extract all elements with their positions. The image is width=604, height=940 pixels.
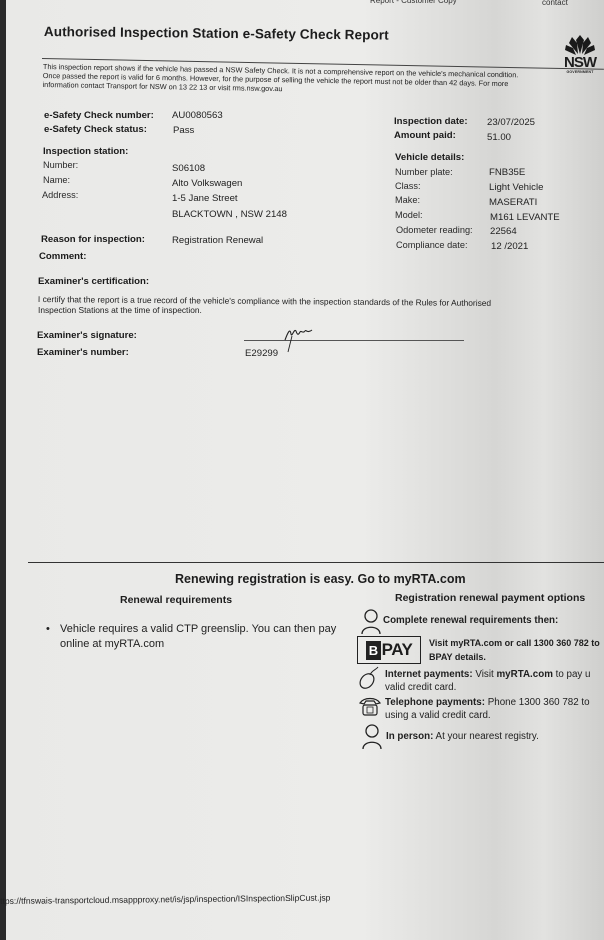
person-icon <box>360 609 382 635</box>
vehicle-heading: Vehicle details: <box>395 152 464 163</box>
examiner-signature <box>282 322 318 356</box>
station-address-line1: 1-5 Jane Street <box>172 193 238 204</box>
station-number-value: S06108 <box>172 163 205 174</box>
requirement-text: Vehicle requires a valid CTP greenslip. … <box>60 622 346 651</box>
page-url: ttps://tfnswais-transportcloud.msappprox… <box>0 893 330 906</box>
telephone-icon <box>358 695 382 717</box>
internet-text-b: to pay u <box>556 669 591 680</box>
top-strip-right: contact <box>542 0 568 7</box>
check-status-value: Pass <box>173 125 194 136</box>
certification-text-line2: Inspection Stations at the time of inspe… <box>38 305 202 315</box>
odometer-value: 22564 <box>490 226 517 237</box>
station-name-value: Alto Volkswagen <box>172 178 242 189</box>
waratah-flower-icon <box>563 34 597 56</box>
internet-text-a: Visit <box>475 669 493 680</box>
telephone-payments: Telephone payments: Phone 1300 360 782 t… <box>385 697 590 710</box>
bpay-logo-text: PAY <box>382 640 413 660</box>
comment-label: Comment: <box>39 251 86 262</box>
in-person-label: In person: <box>386 731 433 742</box>
check-number-label: e-Safety Check number: <box>44 110 154 121</box>
bullet-icon: • <box>46 622 50 637</box>
telephone-payments-label: Telephone payments: <box>385 697 485 708</box>
inspection-date-label: Inspection date: <box>394 116 468 127</box>
reason-label: Reason for inspection: <box>41 234 145 245</box>
odometer-label: Odometer reading: <box>396 225 473 235</box>
station-heading: Inspection station: <box>43 146 128 157</box>
make-label: Make: <box>395 195 420 205</box>
signature-line <box>244 340 464 341</box>
telephone-line2: using a valid credit card. <box>385 710 491 723</box>
person-icon <box>361 724 383 750</box>
report-page: Report - Customer Copy contact Authorise… <box>0 0 604 940</box>
examiner-number-label: Examiner's number: <box>37 347 129 358</box>
in-person-payments: In person: At your nearest registry. <box>386 731 539 744</box>
intro-text: This inspection report shows if the vehi… <box>43 62 519 97</box>
station-address-line2: BLACKTOWN , NSW 2148 <box>172 209 287 220</box>
renewal-divider <box>28 562 604 563</box>
renewal-title: Renewing registration is easy. Go to myR… <box>175 572 466 586</box>
payment-options-heading: Registration renewal payment options <box>395 592 585 604</box>
bpay-line2: BPAY details. <box>429 651 486 664</box>
station-number-label: Number: <box>43 160 78 170</box>
signature-label: Examiner's signature: <box>37 330 137 341</box>
page-title: Authorised Inspection Station e-Safety C… <box>44 24 389 43</box>
amount-paid-label: Amount paid: <box>394 130 456 141</box>
requirement-item: • Vehicle requires a valid CTP greenslip… <box>46 622 346 651</box>
class-value: Light Vehicle <box>489 182 543 193</box>
amount-paid-value: 51.00 <box>487 132 511 143</box>
class-label: Class: <box>395 181 421 191</box>
model-label: Model: <box>395 210 423 220</box>
internet-payments-label: Internet payments: <box>385 669 473 680</box>
station-address-label: Address: <box>42 190 78 200</box>
compliance-label: Compliance date: <box>396 240 468 250</box>
check-status-label: e-Safety Check status: <box>44 124 147 135</box>
internet-payments: Internet payments: Visit myRTA.com to pa… <box>385 669 591 682</box>
internet-line2: valid credit card. <box>385 682 456 695</box>
telephone-text: Phone 1300 360 782 to <box>488 697 590 708</box>
complete-requirements-text: Complete renewal requirements then: <box>383 615 558 628</box>
top-strip-left: Report - Customer Copy <box>370 0 457 5</box>
plate-label: Number plate: <box>395 167 453 177</box>
mouse-icon <box>358 666 380 690</box>
bpay-line1: Visit myRTA.com or call 1300 360 782 to <box>429 637 600 650</box>
check-number-value: AU0080563 <box>172 110 223 121</box>
examiner-number-value: E29299 <box>245 348 278 359</box>
model-value: M161 LEVANTE <box>490 212 560 223</box>
reason-value: Registration Renewal <box>172 235 263 246</box>
in-person-text: At your nearest registry. <box>436 731 539 742</box>
renewal-requirements-heading: Renewal requirements <box>120 594 232 606</box>
myrta-link[interactable]: myRTA.com <box>496 669 552 680</box>
compliance-value: 12 /2021 <box>491 241 528 252</box>
make-value: MASERATI <box>489 197 537 208</box>
bpay-logo: B PAY <box>357 636 421 664</box>
station-name-label: Name: <box>43 175 70 185</box>
plate-value: FNB35E <box>489 167 525 178</box>
inspection-date-value: 23/07/2025 <box>487 117 535 128</box>
certification-heading: Examiner's certification: <box>38 276 149 287</box>
bpay-b-icon: B <box>366 641 381 660</box>
